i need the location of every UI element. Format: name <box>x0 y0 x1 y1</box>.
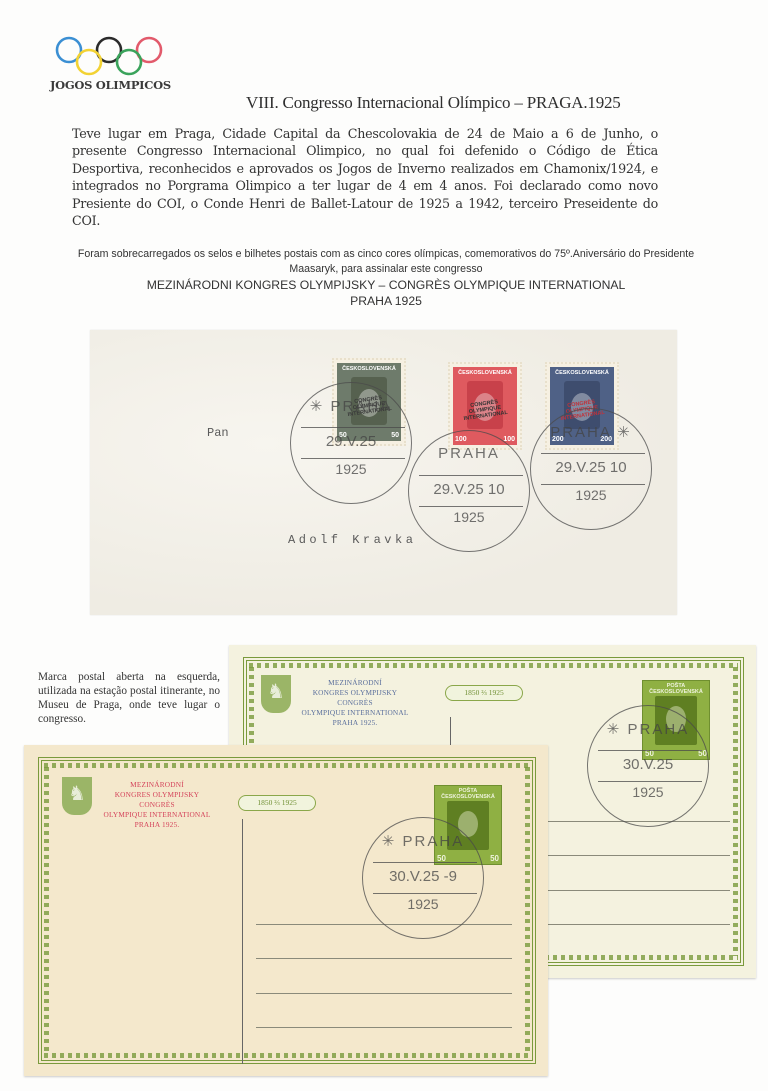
note-text: Foram sobrecarregados os selos e bilhete… <box>62 247 710 277</box>
note-city-year: PRAHA 1925 <box>62 293 710 309</box>
postmark-date: 29.V.25 10 <box>409 481 529 498</box>
postmark-city: ✳ PRAHA <box>363 832 483 850</box>
envelope: Pan Adolf Kravka ČESKOSLOVENSKÁ CONGRÈS … <box>90 330 677 615</box>
header-line: OLYMPIQUE INTERNATIONAL <box>100 810 214 820</box>
card-header-text: MEZINÁRODNÍ KONGRES OLYMPIJSKY CONGRÈS O… <box>100 780 214 830</box>
header-line: CONGRÈS <box>100 800 214 810</box>
header-line: MEZINÁRODNÍ <box>299 678 411 688</box>
postmark-year: 1925 <box>531 487 651 503</box>
header-line: KONGRES OLYMPIJSKY <box>100 790 214 800</box>
postmark-cancel: PRAHA ✳ 29.V.25 10 1925 <box>530 408 652 530</box>
addressee-prefix: Pan <box>207 426 229 440</box>
postmark-year: 1925 <box>588 784 708 800</box>
coat-of-arms-icon <box>261 675 291 713</box>
postmark-cancel: ✳ PRAHA 30.V.25 -9 1925 <box>362 817 484 939</box>
postmark-date: 30.V.25 <box>588 756 708 773</box>
page-title: VIII. Congresso Internacional Olímpico –… <box>246 93 621 113</box>
postmark-cancel: ✳ PRAHA 29.V.25 1925 <box>290 382 412 504</box>
logo-label: JOGOS OLIMPICOS <box>50 78 171 92</box>
postmark-city: ✳ PRAHA <box>588 720 708 738</box>
header-line: OLYMPIQUE INTERNATIONAL <box>299 708 411 718</box>
stamp-header: POŠTA ČESKOSLOVENSKÁ <box>435 788 501 800</box>
olympic-rings-icon <box>52 36 167 76</box>
card-header-text: MEZINÁRODNÍ KONGRES OLYMPIJSKY CONGRÈS O… <box>299 678 411 728</box>
stamp-header: ČESKOSLOVENSKÁ <box>550 370 614 376</box>
postmark-year: 1925 <box>291 461 411 477</box>
postmark-date: 30.V.25 -9 <box>363 868 483 885</box>
postmark-city: PRAHA ✳ <box>531 423 651 441</box>
side-caption: Marca postal aberta na esquerda, utiliza… <box>38 670 220 726</box>
header-line: PRAHA 1925. <box>100 820 214 830</box>
postmark-year: 1925 <box>409 509 529 525</box>
header-line: CONGRÈS <box>299 698 411 708</box>
header-line: MEZINÁRODNÍ <box>100 780 214 790</box>
postal-card-front: MEZINÁRODNÍ KONGRES OLYMPIJSKY CONGRÈS O… <box>24 745 548 1076</box>
intro-paragraph: Teve lugar em Praga, Cidade Capital da C… <box>72 125 658 229</box>
header-line: PRAHA 1925. <box>299 718 411 728</box>
postmark-date: 29.V.25 <box>291 433 411 450</box>
header-line: KONGRES OLYMPIJSKY <box>299 688 411 698</box>
postmark-year: 1925 <box>363 896 483 912</box>
stamp-header: ČESKOSLOVENSKÁ <box>337 366 401 372</box>
coat-of-arms-icon <box>62 777 92 815</box>
postmark-city: ✳ PRAHA <box>291 397 411 415</box>
stamp-value: 50 <box>490 854 499 863</box>
stamp-header: POŠTA ČESKOSLOVENSKÁ <box>643 683 709 695</box>
postmark-city: PRAHA <box>409 445 529 462</box>
anniversary-banner: 1850 ⅔ 1925 <box>445 685 523 701</box>
addressee-name: Adolf Kravka <box>288 533 416 547</box>
postmark-cancel: ✳ PRAHA 30.V.25 1925 <box>587 705 709 827</box>
note-congress-name: MEZINÁRODNI KONGRES OLYMPIJSKY – CONGRÈS… <box>62 277 710 293</box>
postmark-cancel: PRAHA 29.V.25 10 1925 <box>408 430 530 552</box>
postmark-date: 29.V.25 10 <box>531 459 651 476</box>
stamp-header: ČESKOSLOVENSKÁ <box>453 370 517 376</box>
note-block: Foram sobrecarregados os selos e bilhete… <box>62 247 710 309</box>
anniversary-banner: 1850 ⅔ 1925 <box>238 795 316 811</box>
